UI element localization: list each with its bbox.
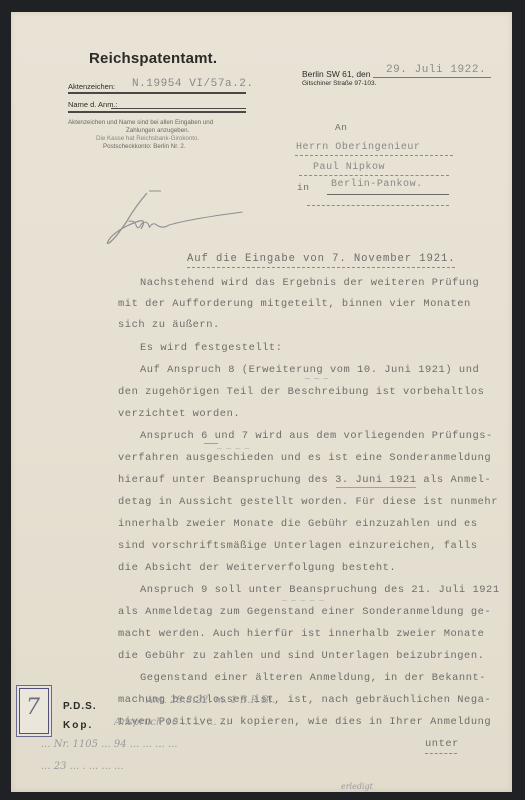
pencil-annotation: ~ ~ ~ ~ ~ <box>281 596 325 605</box>
body-line: detag in Aussicht gestellt worden. Für d… <box>118 496 498 508</box>
recipient-an-label: An <box>335 122 348 133</box>
body-line: Anspruch 6 und 7 wird aus dem vorliegend… <box>140 430 493 442</box>
body-line: die Absicht der Weiterverfolgung besteht… <box>118 562 396 574</box>
body-line: Gegenstand einer älteren Anmeldung, in d… <box>140 672 486 684</box>
recipient-extra-rule <box>307 205 449 206</box>
body-line: Anspruch 9 soll unter Beanspruchung des … <box>140 584 500 596</box>
aktenzeichen-rule <box>68 92 246 94</box>
handwritten-note: Anspruch 10 ... ... ... ... <box>114 717 229 728</box>
unter-underline <box>425 753 457 754</box>
recipient-title-rule <box>295 155 453 156</box>
notice-line-4: Postscheckkonto: Berlin Nr. 2. <box>103 143 186 150</box>
subject-line: Auf die Eingabe von 7. November 1921. <box>187 253 456 265</box>
body-line: Es wird festgestellt: <box>140 342 283 354</box>
pencil-annotation: ~ ~ ~ <box>304 374 329 383</box>
pencil-annotation: ~ ~ ~ ~ <box>216 444 250 453</box>
body-line: innerhalb zweier Monate die Gebühr einzu… <box>118 518 478 530</box>
aktenzeichen-value: N.19954 VI/57a.2. <box>132 78 254 90</box>
body-line: macht werden. Auch hierfür ist innerhalb… <box>118 628 484 640</box>
subject-underline <box>187 267 455 268</box>
folio-number: 7 <box>26 695 40 720</box>
place-label: Berlin SW 61, den <box>302 69 371 79</box>
date-rule <box>373 77 491 78</box>
street-address: Gitschiner Straße 97-103. <box>302 80 376 87</box>
body-line: die Gebühr zu zahlen und sind Unterlagen… <box>118 650 484 662</box>
body-line: als Anmeldetag zum Gegenstand einer Sond… <box>118 606 491 618</box>
body-line: verzichtet worden. <box>118 408 240 420</box>
office-heading: Reichspatentamt. <box>89 50 217 67</box>
handwritten-note: erledigt <box>341 782 373 791</box>
body-line: verfahren ausgeschieden und es ist eine … <box>118 452 491 464</box>
notice-line-2: Zahlungen anzugeben. <box>126 127 189 134</box>
body-line: mit der Aufforderung mitgeteilt, binnen … <box>118 298 471 310</box>
body-line: sind vorschriftsmäßige Unterlagen einzur… <box>118 540 478 552</box>
pds-mark: P.D.S. <box>63 701 97 712</box>
body-line: sich zu äußern. <box>118 319 220 331</box>
notice-line-3: Die Kasse hat Reichsbank-Girokonto. <box>96 135 199 142</box>
recipient-title: Herrn Oberingenieur <box>296 142 420 153</box>
aktenzeichen-label: Aktenzeichen: <box>68 82 115 91</box>
recipient-city-rule <box>327 194 449 195</box>
letter-date: 29. Juli 1922. <box>386 64 486 76</box>
body-line: hierauf unter Beanspruchung des 3. Juni … <box>118 474 491 486</box>
recipient-name-rule <box>299 175 449 176</box>
handwritten-note: ... Nr. 1105 ... 94 ... ... ... ... <box>41 739 177 750</box>
body-line: den zugehörigen Teil der Beschreibung is… <box>118 386 484 398</box>
body-line: Nachstehend wird das Ergebnis der weiter… <box>140 277 479 289</box>
recipient-name: Paul Nipkow <box>313 162 385 173</box>
recipient-city: Berlin-Pankow. <box>331 179 423 190</box>
red-underline-date <box>336 487 416 488</box>
applicant-name-rule <box>111 108 246 109</box>
applicant-name-rule-2 <box>68 111 246 113</box>
recipient-in-label: in <box>297 182 310 193</box>
signature-mark <box>95 187 265 249</box>
body-line: unter <box>425 738 459 750</box>
handwritten-note: ... 23 ... . ... ... ... <box>41 761 124 772</box>
document-page: Reichspatentamt. Aktenzeichen: N.19954 V… <box>11 12 512 792</box>
notice-line-1: Aktenzeichen und Name sind bei allen Ein… <box>68 119 213 126</box>
kop-mark: Kop. <box>63 720 93 731</box>
folio-number-box: 7 <box>19 688 49 734</box>
handwritten-note: Ant. 28.8.22. m. 1 B.P. Bl. <box>146 695 275 706</box>
